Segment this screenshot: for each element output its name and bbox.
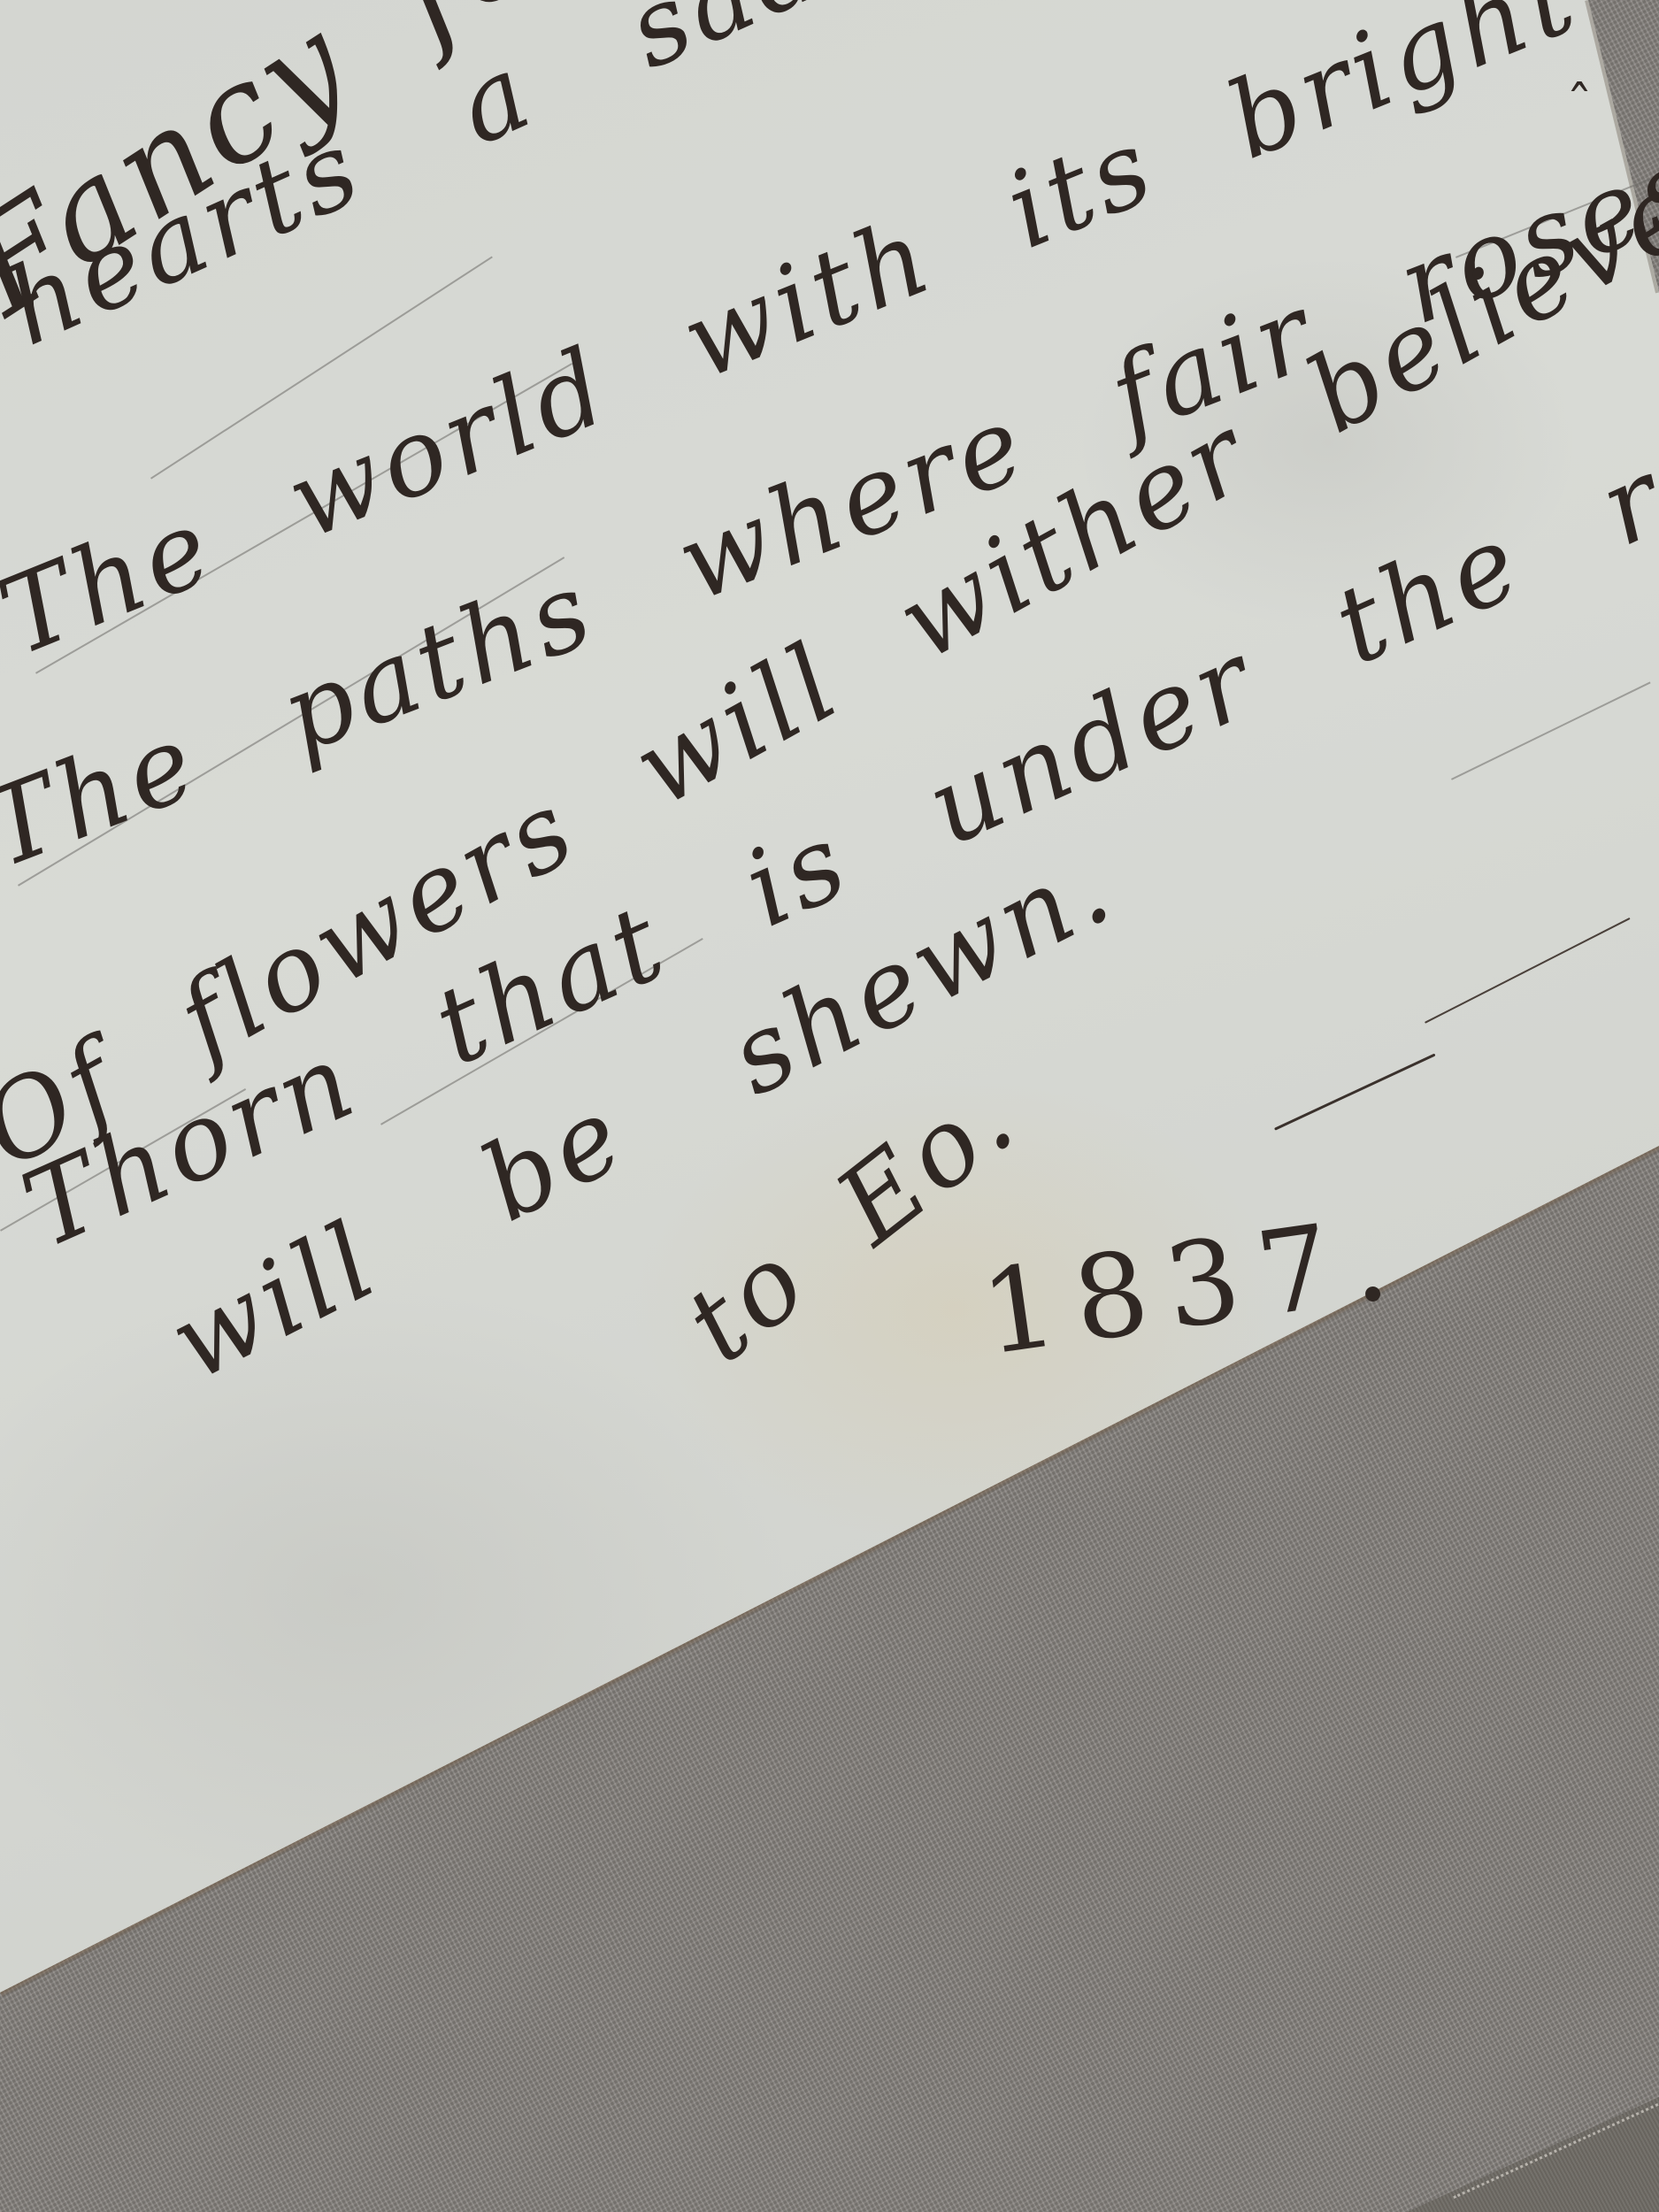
caret-mark: ˆ (1566, 75, 1593, 137)
